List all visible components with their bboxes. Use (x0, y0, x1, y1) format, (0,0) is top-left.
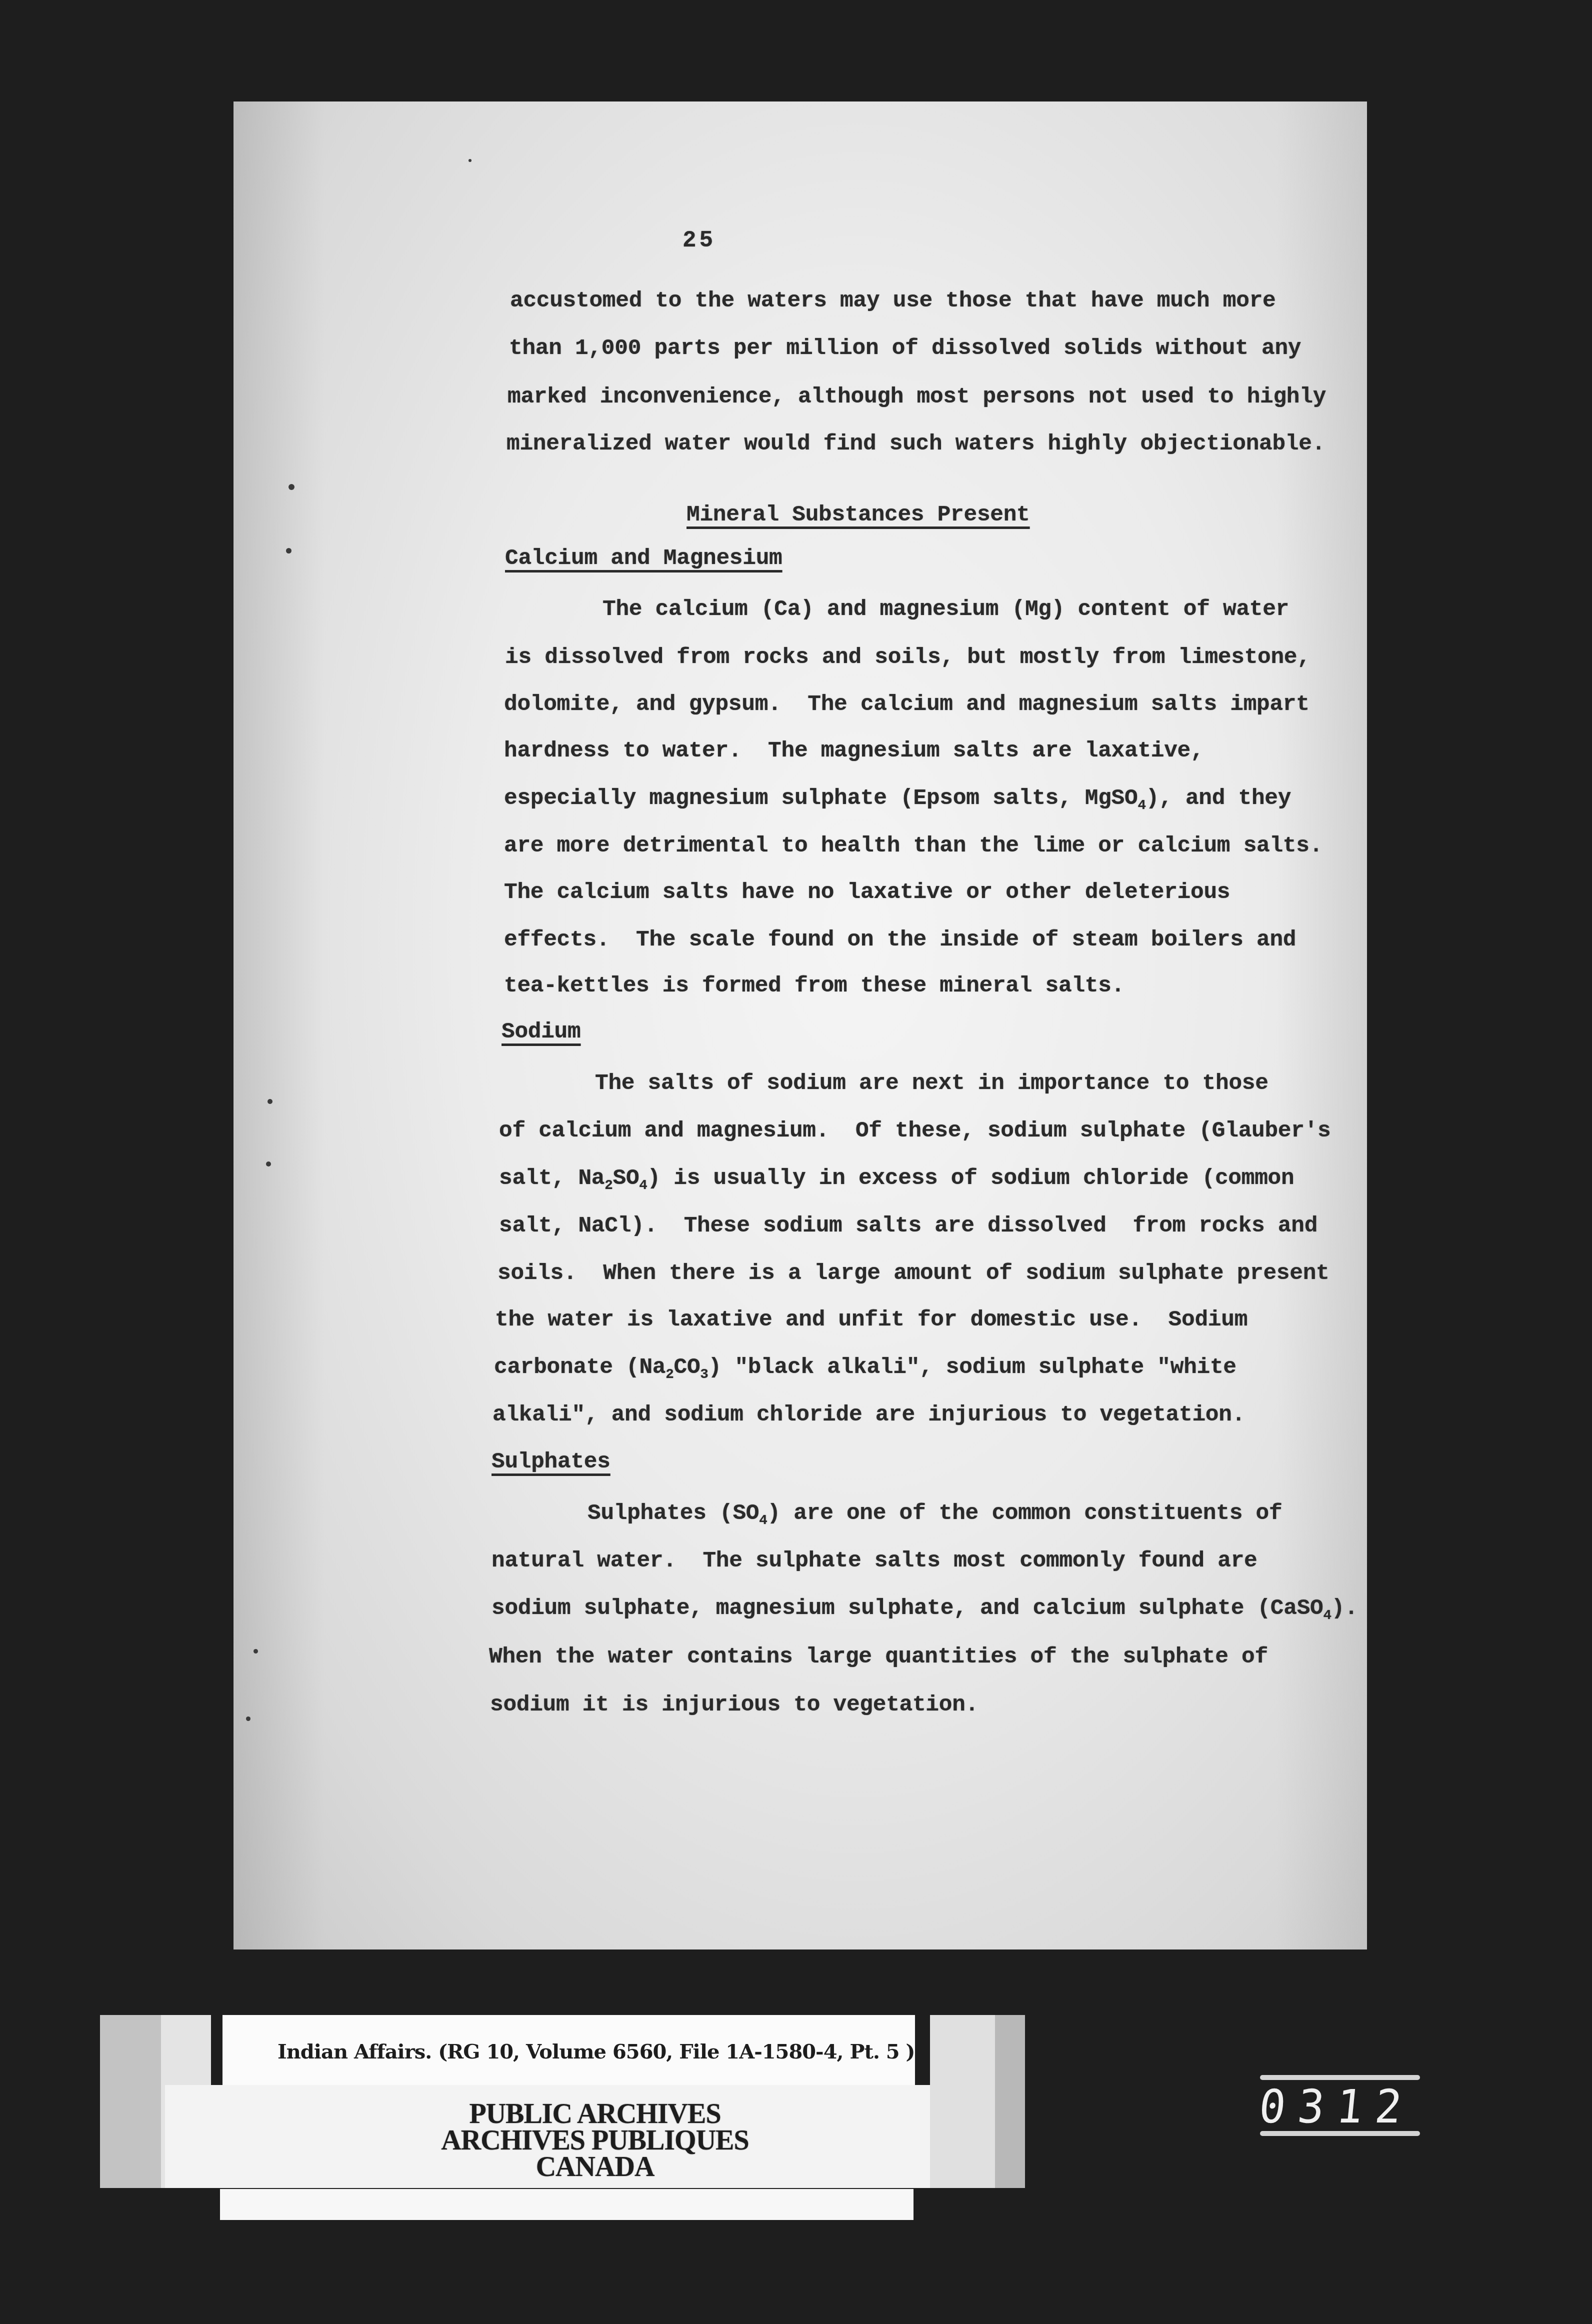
section-title: Mineral Substances Present (686, 504, 1030, 526)
speck-mark (288, 484, 294, 490)
text-line: marked inconvenience, although most pers… (507, 386, 1326, 408)
frame-counter: 0312 (1255, 2075, 1425, 2137)
text-line: mineralized water would find such waters… (506, 433, 1325, 455)
text-line: The calcium salts have no laxative or ot… (504, 881, 1230, 904)
text-line: carbonate (Na2CO3) "black alkali", sodiu… (494, 1356, 1236, 1379)
text-line: effects. The scale found on the inside o… (504, 929, 1296, 951)
text-line: is dissolved from rocks and soils, but m… (505, 646, 1310, 669)
archive-country: CANADA (165, 2153, 1025, 2181)
page-number: 25 (682, 229, 716, 252)
text-line: accustomed to the waters may use those t… (510, 290, 1275, 312)
speck-mark (266, 1161, 271, 1166)
speck-mark (286, 548, 291, 553)
text-line-content: Sulphates (SO4) are one of the common co… (587, 1501, 1282, 1526)
counter-bar-top (1260, 2075, 1420, 2080)
text-line: Sulphates (SO4) are one of the common co… (587, 1502, 1282, 1525)
text-line: tea-kettles is formed from these mineral… (504, 975, 1124, 997)
text-line: are more detrimental to health than the … (504, 835, 1322, 857)
archive-name-en: PUBLIC ARCHIVES (165, 2100, 1025, 2128)
speck-mark (246, 1716, 250, 1721)
text-line: The calcium (Ca) and magnesium (Mg) cont… (602, 598, 1289, 621)
text-line: salt, Na2SO4) is usually in excess of so… (499, 1167, 1294, 1190)
speck-mark (253, 1649, 258, 1653)
text-line-content: carbonate (Na2CO3) "black alkali", sodiu… (494, 1355, 1236, 1380)
text-line: soils. When there is a large amount of s… (497, 1262, 1329, 1285)
text-line-content: especially magnesium sulphate (Epsom sal… (504, 786, 1291, 811)
text-line: dolomite, and gypsum. The calcium and ma… (504, 693, 1309, 716)
text-line: alkali", and sodium chloride are injurio… (492, 1404, 1245, 1426)
text-line: of calcium and magnesium. Of these, sodi… (499, 1120, 1330, 1142)
text-line: sodium sulphate, magnesium sulphate, and… (491, 1597, 1358, 1620)
text-line: than 1,000 parts per million of dissolve… (509, 337, 1301, 360)
text-line: The salts of sodium are next in importan… (595, 1072, 1268, 1095)
archive-reference: Indian Affairs. (RG 10, Volume 6560, Fil… (277, 2040, 915, 2063)
text-line: salt, NaCl). These sodium salts are diss… (499, 1215, 1317, 1237)
text-line-content: salt, Na2SO4) is usually in excess of so… (499, 1166, 1294, 1191)
frame-number: 0312 (1257, 2084, 1423, 2130)
section-heading-sodium: Sodium (501, 1021, 580, 1043)
section-heading-calcium: Calcium and Magnesium (505, 547, 782, 570)
film-leader-strip (100, 2015, 162, 2188)
text-line: especially magnesium sulphate (Epsom sal… (504, 787, 1291, 810)
text-line: the water is laxative and unfit for dome… (495, 1309, 1247, 1331)
text-line: natural water. The sulphate salts most c… (491, 1550, 1257, 1572)
archive-name-fr: ARCHIVES PUBLIQUES (165, 2126, 1025, 2154)
text-line: hardness to water. The magnesium salts a… (504, 740, 1203, 762)
text-line: When the water contains large quantities… (489, 1646, 1268, 1668)
blank-label (220, 2189, 913, 2220)
speck-mark (468, 159, 471, 162)
document-page (233, 101, 1367, 1949)
counter-bar-bottom (1260, 2131, 1420, 2136)
speck-mark (267, 1099, 272, 1104)
text-line: sodium it is injurious to vegetation. (490, 1694, 978, 1716)
section-heading-sulphates: Sulphates (491, 1451, 610, 1473)
text-line-content: sodium sulphate, magnesium sulphate, and… (491, 1596, 1358, 1621)
